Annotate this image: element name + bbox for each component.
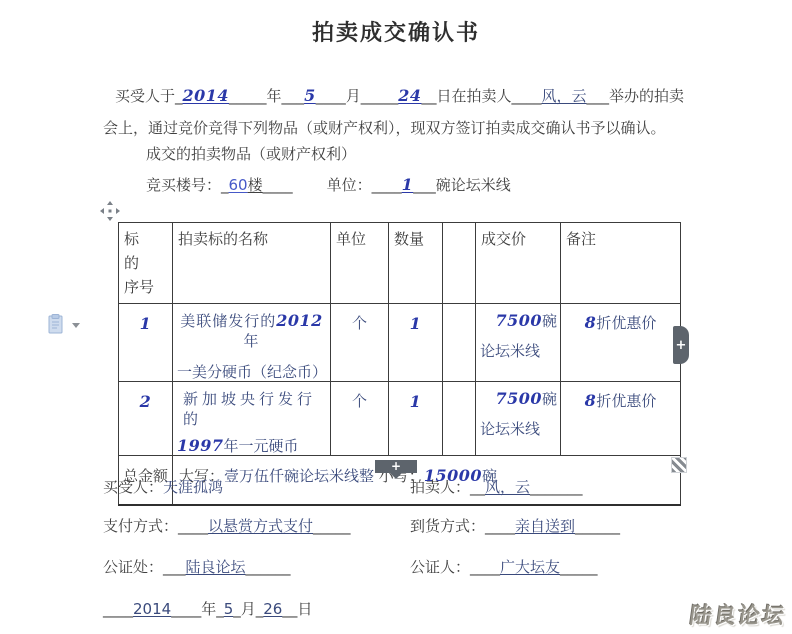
insert-column-button[interactable]: + — [673, 326, 689, 364]
notary-label: 公证人： — [410, 558, 470, 576]
row2-item-name: 新加坡央行发行的 1997年一元硬币 — [173, 382, 331, 456]
paste-options-button[interactable] — [46, 314, 80, 336]
intro-l1-text-a: 买受人于_ — [115, 87, 183, 105]
intro-line-3: 成交的拍卖物品（或财产权利） — [146, 145, 356, 164]
forum-watermark: 陆良论坛 — [688, 599, 788, 630]
lot-number-line: 竞买楼号：_60楼____单位：____1___碗论坛米线 — [146, 175, 511, 195]
row1-price: 7500碗 论坛米线 — [476, 304, 561, 382]
row2-name-year: 1997 — [177, 436, 224, 455]
row2-quantity: 1 — [389, 382, 443, 456]
delivery-value: 亲自送到 — [515, 517, 575, 535]
auctioneer-value: 风，云 — [485, 478, 530, 496]
chevron-down-icon[interactable] — [72, 323, 80, 328]
auctioneer-name-inline: 风，云 — [542, 87, 587, 105]
delivery-label: 到货方式： — [410, 517, 485, 535]
insert-row-button[interactable]: + — [375, 460, 417, 473]
row1-name-year: 2012 — [276, 311, 323, 330]
notary-office-value: 陆良论坛 — [186, 558, 246, 576]
header-price: 成交价 — [476, 223, 561, 304]
header-index-line2: 序号 — [124, 275, 167, 299]
notary-office-label: 公证处： — [103, 558, 163, 576]
insert-row-notch — [390, 473, 402, 479]
row2-note: 8折优惠价 — [561, 382, 681, 456]
year-value: 2014 — [183, 86, 230, 105]
header-index-line1: 标 的 — [124, 227, 167, 275]
lot-underscore-1: _ — [221, 176, 229, 194]
paste-icon — [46, 314, 68, 336]
plus-icon: + — [391, 459, 401, 473]
payment-value: 以悬赏方式支付 — [208, 517, 313, 535]
month-value: 5 — [304, 86, 316, 105]
row1-spacer-cell — [443, 304, 476, 382]
row1-price-value: 7500 — [495, 311, 542, 330]
intro-l1-text-d: __日在拍卖人____ — [421, 87, 541, 105]
unit-suffix: 碗论坛米线 — [436, 176, 511, 194]
intro-l1-text-e: ___举办的拍卖 — [587, 87, 685, 105]
auctioneer-label: 拍卖人： — [410, 478, 470, 496]
notary-office-line: 公证处：___陆良论坛______ — [103, 558, 291, 577]
row2-price-value: 7500 — [495, 389, 542, 408]
buyer-line: 买受人：天涯孤鸿 — [103, 478, 223, 497]
auctioneer-line: 拍卖人：__风，云_______ — [410, 478, 583, 497]
table-row: 1 美联储发行的2012年 一美分硬币（纪念币） 个 1 7500碗 论坛米线 … — [119, 304, 681, 382]
row1-name-text: 美联储发行的 — [180, 312, 276, 330]
date-day-value: 26 — [263, 600, 282, 618]
row1-note: 8折优惠价 — [561, 304, 681, 382]
intro-l1-text-b: _____年___ — [229, 87, 304, 105]
header-item-name: 拍卖标的名称 — [173, 223, 331, 304]
payment-line: 支付方式：____以悬赏方式支付_____ — [103, 517, 351, 536]
day-value: 24 — [398, 86, 421, 105]
lot-label: 竞买楼号： — [146, 176, 221, 194]
header-index: 标 的 序号 — [119, 223, 173, 304]
unit-count-value: 1 — [402, 175, 414, 194]
header-note: 备注 — [561, 223, 681, 304]
row1-item-name: 美联储发行的2012年 一美分硬币（纪念币） — [173, 304, 331, 382]
table-move-handle-icon[interactable] — [100, 201, 120, 221]
date-month-value: 5 — [224, 600, 234, 618]
row2-unit: 个 — [331, 382, 389, 456]
unit-underscore-1: ____ — [372, 176, 402, 194]
lot-suffix: 楼 — [248, 176, 263, 194]
header-spacer — [443, 223, 476, 304]
buyer-value: 天涯孤鸿 — [163, 478, 223, 496]
header-unit: 单位 — [331, 223, 389, 304]
unit-underscore-2: ___ — [413, 176, 436, 194]
table-row: 2 新加坡央行发行的 1997年一元硬币 个 1 7500碗 论坛米线 8折优惠… — [119, 382, 681, 456]
row2-index: 2 — [119, 382, 173, 456]
row2-spacer-cell — [443, 382, 476, 456]
intro-l1-text-c: ____月_____ — [316, 87, 399, 105]
lot-underscore-2: ____ — [263, 176, 293, 194]
delivery-line: 到货方式：____亲自送到______ — [410, 517, 620, 536]
header-quantity: 数量 — [389, 223, 443, 304]
row1-name-line2: 一美分硬币（纪念币） — [173, 351, 330, 381]
signature-date-line: ____2014____年_5_月_26__日 — [103, 600, 312, 619]
row2-price: 7500碗 论坛米线 — [476, 382, 561, 456]
notary-line: 公证人：____广大坛友_____ — [410, 558, 598, 577]
row1-unit: 个 — [331, 304, 389, 382]
table-header-row: 标 的 序号 拍卖标的名称 单位 数量 成交价 备注 — [119, 223, 681, 304]
page-title: 拍卖成交确认书 — [0, 16, 792, 47]
buyer-label: 买受人： — [103, 478, 163, 496]
payment-label: 支付方式： — [103, 517, 178, 535]
amount-words-value: 壹万伍仟碗论坛米线整 — [224, 467, 374, 485]
row1-quantity: 1 — [389, 304, 443, 382]
lot-number-value: 60 — [229, 176, 248, 194]
row2-name-text: 新加坡央行发行的 — [173, 382, 330, 429]
plus-icon: + — [676, 338, 687, 353]
table-resize-handle[interactable] — [671, 457, 687, 473]
notary-value: 广大坛友 — [500, 558, 560, 576]
date-year-value: 2014 — [133, 600, 171, 618]
row1-index: 1 — [119, 304, 173, 382]
intro-line-2: 会上，通过竞价竞得下列物品（或财产权利），现双方签订拍卖成交确认书予以确认。 — [103, 119, 666, 138]
unit-label: 单位： — [327, 176, 372, 194]
intro-line-1: 买受人于_2014_____年___5____月_____24__日在拍卖人__… — [115, 86, 684, 106]
